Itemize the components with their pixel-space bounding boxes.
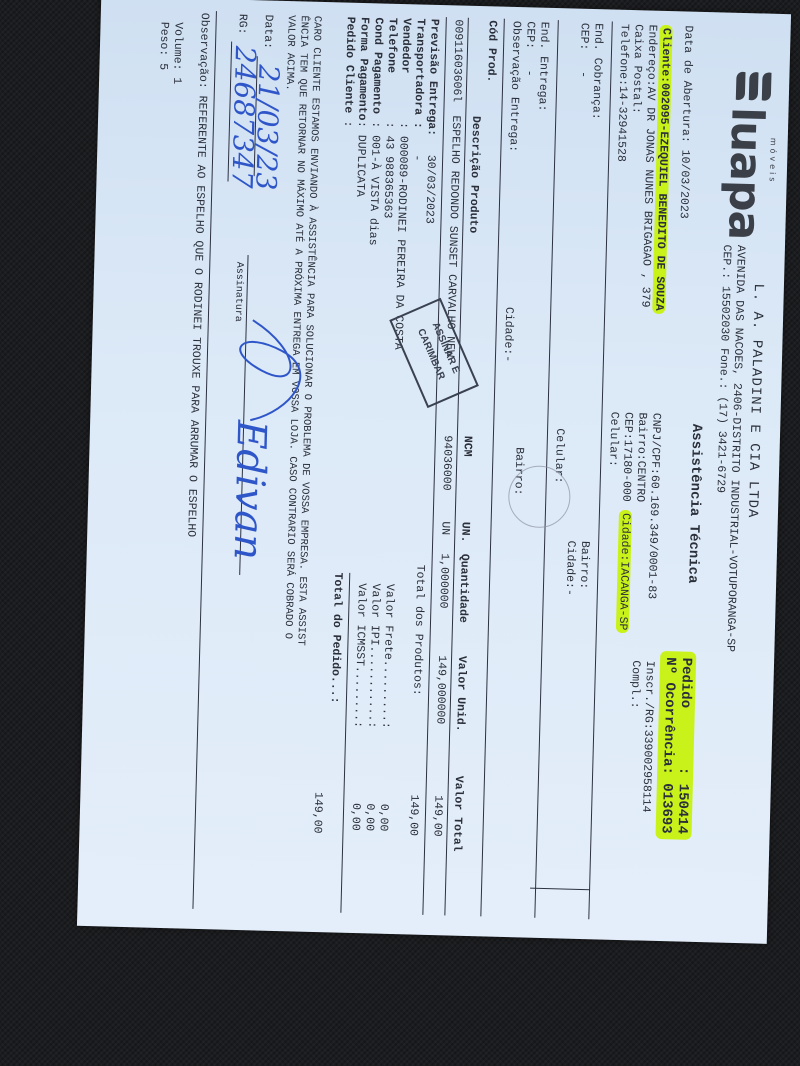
row-unit-value: 149,000000 [433, 655, 448, 724]
col-code: Cód Prod. [484, 20, 499, 82]
occurrence-label: Nº Ocorrência: [659, 657, 678, 775]
billing-bairro: Bairro: [577, 541, 591, 590]
delivery-address: End. Entrega: [535, 22, 550, 112]
previsao-value: 30/03/2023 [422, 155, 437, 224]
vendedor-label: Vendedor [398, 18, 412, 74]
frete-value: 0,00 [377, 804, 391, 832]
delivery-cep: CEP: - [522, 21, 536, 77]
client-compl: Compl.: [628, 660, 642, 709]
order-number: 150414 [674, 783, 691, 834]
pedido-cliente-label: Pedido Cliente [341, 16, 357, 113]
pedido-cliente-value: : [341, 120, 354, 127]
rg-handwritten: 24687347 [225, 45, 262, 188]
footer-volume: Volume: 1 [170, 22, 185, 84]
footer-peso: Peso: 5 [156, 22, 170, 71]
total-produtos-label: Total dos Produtos: [410, 564, 426, 695]
forma-pagamento-value: : DUPLICATA [353, 121, 368, 197]
signature-scribble [230, 310, 313, 432]
row-quantity: 1,000000 [436, 553, 450, 609]
sign-and-stamp-stamp: ASSINAR E CARIMBAR [389, 298, 479, 408]
total-produtos-value: 149,00 [406, 794, 420, 836]
total-pedido-label: Total do Pedido...: [328, 572, 344, 703]
company-name: L. A. PALADINI E CIA LTDA [744, 283, 766, 518]
frete-label: Valor Frete.........: [379, 584, 396, 729]
cond-pagamento-label: Cond Pagamento [369, 17, 385, 114]
cond-pagamento-value: : 001-À VISTA dias [366, 121, 382, 246]
client-phone: Telefone:14-32941528 [614, 24, 631, 162]
col-un: UN. [458, 522, 472, 543]
client-city: Cidade:IACANGA-SP [616, 510, 632, 634]
opening-date: Data de Abertura: 10/03/2023 [677, 25, 695, 219]
client-bairro: Bairro:CENTRO [633, 412, 648, 502]
total-pedido-value: 149,00 [310, 792, 324, 834]
client-cep: CEP:17180-000 [619, 412, 634, 502]
opening-date-value: 10/03/2023 [677, 150, 692, 219]
assistance-form-paper: móveis luapa L. A. PALADINI E CIA LTDA A… [77, 0, 791, 944]
row-ncm: 94036000 [439, 435, 453, 491]
col-unit-value: Valor Unid. [453, 656, 468, 732]
rg-label: RG: [235, 14, 249, 35]
transportadora-value: - [410, 154, 423, 161]
order-label: Pedido [677, 657, 694, 708]
handwritten-name: Edivan [225, 420, 275, 561]
order-occurrence-block: Pedido : 150414 Nº Ocorrência: 013693 [655, 651, 696, 840]
telefone-label: Telefone [384, 18, 398, 74]
billing-city: Cidade:- [563, 540, 577, 596]
icmsst-value: 0,00 [349, 803, 363, 831]
col-description: Descrição Produto [466, 116, 482, 234]
billing-cep: CEP: - [576, 23, 590, 79]
occurrence-number: 013693 [658, 783, 675, 834]
col-quantity: Quantidade [456, 554, 471, 623]
previsao-label: Previsão Entrega: [425, 19, 441, 137]
logo-wordmark: luapa [718, 106, 772, 240]
col-total-value: Valor Total [450, 776, 465, 852]
delivery-observation: Observação Entrega: [506, 21, 522, 152]
circled-handwritten-mark [508, 465, 572, 529]
row-total-value: 149,00 [430, 795, 444, 837]
date-label: Data: [261, 14, 275, 49]
delivery-city: Cidade:- [501, 307, 515, 363]
ipi-value: 0,00 [363, 803, 377, 831]
document-title: Assistência Técnica [684, 424, 704, 584]
row-un: UN [438, 521, 451, 535]
footer-observation: Observação: REFERENTE AO ESPELHO QUE O R… [184, 13, 211, 538]
telefone-value: : 43 988365363 [381, 122, 397, 219]
logo-mark-icon [727, 71, 772, 102]
row-code: 00911603606l [450, 19, 465, 102]
luapa-logo: móveis luapa [715, 70, 775, 241]
forma-pagamento-label: Forma Pagamento [355, 17, 371, 121]
opening-date-label: Data de Abertura: [679, 25, 695, 143]
divider [480, 19, 505, 917]
divider [588, 22, 613, 920]
client-inscr: Inscr./RG:339002958114 [639, 661, 656, 813]
client-caixa-postal: Caixa Postal: [629, 24, 644, 114]
col-ncm: NCM [460, 436, 474, 457]
client-cellphone: Celular: [606, 412, 620, 468]
billing-address: End. Cobrança: [589, 23, 605, 120]
